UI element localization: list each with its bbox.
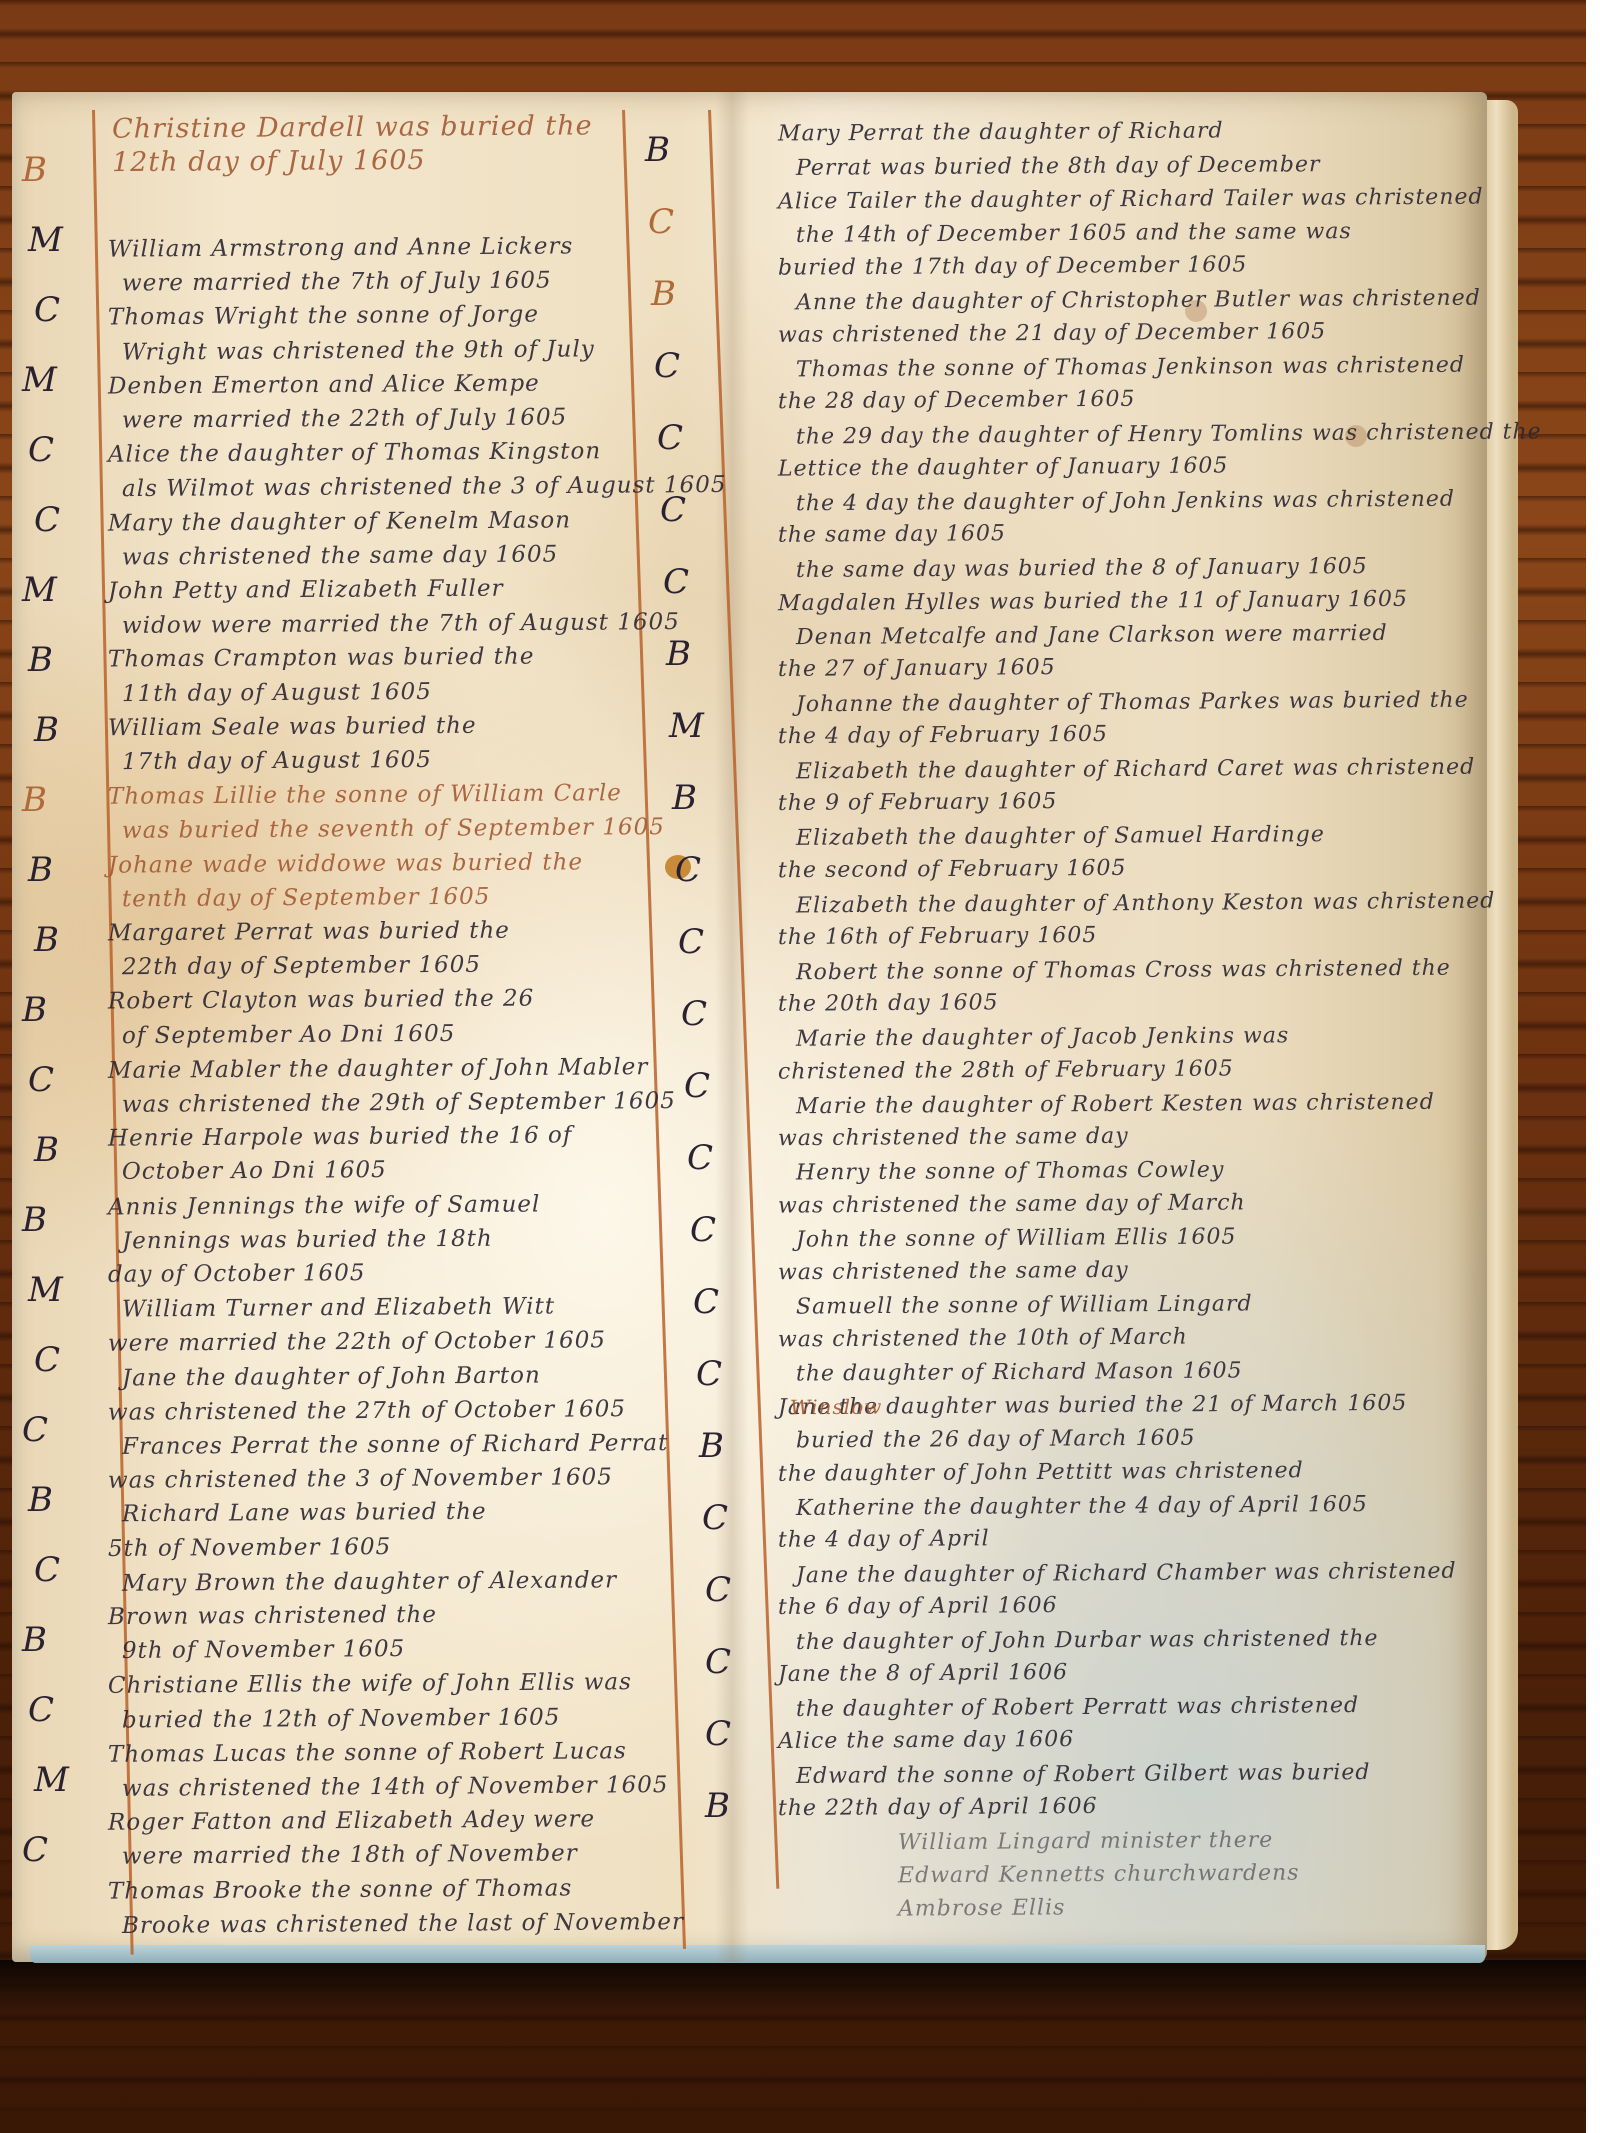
margin-letter: C <box>34 290 60 330</box>
margin-letter: C <box>22 1410 48 1450</box>
margin-letter: B <box>28 850 53 890</box>
margin-letter: B <box>699 1426 724 1466</box>
register-entry-line: Elizabeth the daughter of Anthony Keston… <box>796 888 1496 918</box>
register-entry-line: Magdalen Hylles was buried the 11 of Jan… <box>778 587 1408 616</box>
register-entry-line: were married the 18th of November <box>122 1841 578 1870</box>
margin-letter: B <box>22 990 47 1030</box>
register-entry-line: was christened the same day of March <box>778 1190 1246 1218</box>
register-entry-line: Henrie Harpole was buried the 16 of <box>108 1123 573 1152</box>
register-entry-line: christened the 28th of February 1605 <box>778 1056 1234 1084</box>
register-entry-line: the same day 1605 <box>778 521 1006 548</box>
register-entry-line: Jane the daughter of Richard Chamber was… <box>796 1558 1457 1588</box>
register-entry-line: were married the 7th of July 1605 <box>122 268 552 297</box>
register-entry-line: Denben Emerton and Alice Kempe <box>108 370 540 399</box>
register-entry-line: buried the 12th of November 1605 <box>122 1704 561 1733</box>
register-entry-line: the same day was buried the 8 of January… <box>796 554 1368 583</box>
register-entry-line: Thomas Lucas the sonne of Robert Lucas <box>108 1738 627 1768</box>
margin-letter: C <box>648 202 674 242</box>
register-entry-line: was christened the same day <box>778 1124 1129 1151</box>
register-entry-line: Johanne the daughter of Thomas Parkes wa… <box>796 687 1469 717</box>
register-entry-line: the 27 of January 1605 <box>778 655 1056 682</box>
margin-letter: C <box>678 922 704 962</box>
margin-letter: C <box>681 994 707 1034</box>
register-entry-line: Edward Kennetts churchwardens <box>898 1861 1300 1889</box>
margin-letter: C <box>675 850 701 890</box>
left-heading-line-1: Christine Dardell was buried the <box>112 110 593 144</box>
register-entry-line: 22th day of September 1605 <box>122 952 481 981</box>
register-entry-line: Henry the sonne of Thomas Cowley <box>796 1157 1225 1185</box>
register-entry-line: Elizabeth the daughter of Samuel Harding… <box>796 822 1325 851</box>
margin-letter: C <box>663 562 689 602</box>
register-entry-line: Annis Jennings the wife of Samuel <box>108 1191 541 1220</box>
register-entry-line: the 22th day of April 1606 <box>778 1794 1098 1821</box>
register-entry-line: was christened the 27th of October 1605 <box>108 1396 626 1426</box>
register-entry-line: the daughter of John Pettitt was christe… <box>778 1458 1304 1487</box>
image-edge-strip <box>1586 0 1600 2133</box>
register-entry-line: Thomas Lillie the sonne of William Carle <box>108 780 622 810</box>
register-entry-line: Alice Tailer the daughter of Richard Tai… <box>778 185 1484 215</box>
register-entry-line: of September Ao Dni 1605 <box>122 1020 455 1048</box>
register-entry-line: the 28 day of December 1605 <box>778 387 1136 414</box>
margin-letter: B <box>34 1130 59 1170</box>
page-bottom-edge <box>30 1945 1485 1963</box>
register-entry-line: Alice the daughter of Thomas Kingston <box>108 438 601 467</box>
register-entry-line: Mary the daughter of Kenelm Mason <box>108 507 571 536</box>
register-entry-line: Denan Metcalfe and Jane Clarkson were ma… <box>796 620 1388 649</box>
margin-letter: B <box>672 778 697 818</box>
margin-letter: M <box>34 1760 69 1800</box>
register-entry-line: als Wilmot was christened the 3 of Augus… <box>122 472 727 502</box>
margin-letter: C <box>705 1642 731 1682</box>
margin-letter: C <box>657 418 683 458</box>
register-entry-line: the 4 day of April <box>778 1526 990 1552</box>
margin-letter: M <box>22 570 57 610</box>
register-entry-line: Thomas Wright the sonne of Jorge <box>108 302 539 331</box>
register-entry-line: widow were married the 7th of August 160… <box>122 609 680 639</box>
margin-letter: C <box>705 1570 731 1610</box>
register-entry-line: Frances Perrat the sonne of Richard Perr… <box>122 1430 669 1460</box>
register-entry-line: was buried the seventh of September 1605 <box>122 814 665 844</box>
register-entry-line: tenth day of September 1605 <box>122 884 491 913</box>
margin-letter: B <box>34 920 59 960</box>
left-heading-line-2: 12th day of July 1605 <box>112 145 426 178</box>
register-entry-line: Richard Lane was buried the <box>122 1499 487 1528</box>
register-entry-line: was christened the 29th of September 160… <box>122 1088 676 1118</box>
margin-letter: C <box>34 1340 60 1380</box>
register-entry-line: 17th day of August 1605 <box>122 747 432 775</box>
margin-letter: B <box>22 780 47 820</box>
register-entry-line: the second of February 1605 <box>778 856 1127 883</box>
register-entry-line: were married the 22th of October 1605 <box>108 1328 606 1357</box>
register-entry-line: Thomas Crampton was buried the <box>108 644 535 673</box>
margin-letter: C <box>690 1210 716 1250</box>
register-entry-line: Brown was christened the <box>108 1602 437 1630</box>
register-entry-line: William Seale was buried the <box>108 713 477 742</box>
margin-letter: C <box>28 1060 54 1100</box>
margin-letter: B <box>22 150 47 190</box>
register-entry-line: 9th of November 1605 <box>122 1636 405 1664</box>
register-entry-line: Perrat was buried the 8th day of Decembe… <box>796 152 1321 181</box>
register-entry-line: the 9 of February 1605 <box>778 789 1057 816</box>
register-entry-line: Ambrose Ellis <box>898 1895 1066 1921</box>
margin-letter: C <box>684 1066 710 1106</box>
register-entry-line: Alice the same day 1606 <box>778 1727 1074 1754</box>
register-entry-line: the 4 day the daughter of John Jenkins w… <box>796 486 1455 516</box>
register-entry-line: was christened the 21 day of December 16… <box>778 319 1326 348</box>
table-shadow <box>0 1960 1586 2020</box>
register-entry-line: Jennings was buried the 18th <box>122 1226 493 1255</box>
register-entry-line: Lettice the daughter of January 1605 <box>778 453 1229 481</box>
register-entry-line: was christened the 14th of November 1605 <box>122 1772 669 1802</box>
register-entry-line: the 29 day the daughter of Henry Tomlins… <box>796 419 1542 449</box>
register-entry-line: Samuell the sonne of William Lingard <box>796 1291 1253 1319</box>
margin-letter: B <box>645 130 670 170</box>
register-entry-line: the 16th of February 1605 <box>778 923 1097 950</box>
register-entry-line: was christened the same day 1605 <box>122 541 558 570</box>
margin-letter: C <box>693 1282 719 1322</box>
register-entry-line: William Turner and Elizabeth Witt <box>122 1294 555 1323</box>
register-entry-line: Wright was christened the 9th of July <box>122 336 595 365</box>
margin-letter: B <box>22 1620 47 1660</box>
register-entry-line: Marie the daughter of Robert Kesten was … <box>796 1089 1435 1118</box>
register-entry-line: October Ao Dni 1605 <box>122 1157 387 1185</box>
margin-letter: C <box>22 1830 48 1870</box>
margin-letter: B <box>34 710 59 750</box>
margin-letter: B <box>666 634 691 674</box>
register-entry-line: 5th of November 1605 <box>108 1534 391 1562</box>
register-entry-line: Elizabeth the daughter of Richard Caret … <box>796 754 1475 784</box>
margin-letter: C <box>34 1550 60 1590</box>
register-entry-line: the daughter of Richard Mason 1605 <box>796 1358 1243 1386</box>
register-entry-line: Thomas Brooke the sonne of Thomas <box>108 1875 572 1904</box>
margin-letter: B <box>22 1200 47 1240</box>
register-entry-line: Marie Mabler the daughter of John Mabler <box>108 1054 649 1084</box>
margin-letter: C <box>696 1354 722 1394</box>
margin-letter: C <box>654 346 680 386</box>
margin-letter: M <box>22 360 57 400</box>
register-entry-line: Brooke was christened the last of Novemb… <box>122 1909 684 1939</box>
register-entry-line: Mary Perrat the daughter of Richard <box>778 118 1224 146</box>
register-entry-line: buried the 26 day of March 1605 <box>796 1425 1196 1453</box>
register-entry-line: the 20th day 1605 <box>778 990 999 1017</box>
register-entry-line: Robert the sonne of Thomas Cross was chr… <box>796 955 1451 985</box>
marginal-note: Winslow <box>790 1395 882 1420</box>
register-entry-line: was christened the 3 of November 1605 <box>108 1464 613 1494</box>
register-entry-line: was christened the same day <box>778 1258 1129 1285</box>
register-entry-line: the 6 day of April 1606 <box>778 1593 1058 1620</box>
register-entry-line: the 14th of December 1605 and the same w… <box>796 219 1352 248</box>
register-entry-line: Anne the daughter of Christopher Butler … <box>796 285 1481 315</box>
register-entry-line: Thomas the sonne of Thomas Jenkinson was… <box>796 352 1465 382</box>
margin-letter: C <box>702 1498 728 1538</box>
register-entry-line: Katherine the daughter the 4 day of Apri… <box>796 1492 1368 1521</box>
register-entry-line: Johane wade widdowe was buried the <box>108 849 583 878</box>
register-entry-line: Margaret Perrat was buried the <box>108 918 510 947</box>
register-entry-line: day of October 1605 <box>108 1260 366 1288</box>
register-entry-line: Roger Fatton and Elizabeth Adey were <box>108 1806 595 1835</box>
register-entry-line: William Armstrong and Anne Lickers <box>108 233 573 262</box>
register-entry-line: Robert Clayton was buried the 26 <box>108 986 534 1015</box>
register-entry-line: the daughter of John Durbar was christen… <box>796 1625 1379 1654</box>
register-entry-line: 11th day of August 1605 <box>122 679 432 707</box>
register-entry-line: the 4 day of February 1605 <box>778 722 1108 749</box>
margin-letter: C <box>34 500 60 540</box>
register-entry-line: buried the 17th day of December 1605 <box>778 252 1248 280</box>
register-entry-line: John Petty and Elizabeth Fuller <box>108 576 504 605</box>
margin-letter: B <box>705 1786 730 1826</box>
margin-letter: M <box>669 706 704 746</box>
margin-letter: C <box>28 430 54 470</box>
register-entry-line: John the sonne of William Ellis 1605 <box>796 1224 1237 1252</box>
margin-letter: C <box>687 1138 713 1178</box>
margin-letter: M <box>28 1270 63 1310</box>
margin-letter: M <box>28 220 63 260</box>
margin-letter: C <box>705 1714 731 1754</box>
register-entry-line: Edward the sonne of Robert Gilbert was b… <box>796 1759 1371 1788</box>
register-entry-line: William Lingard minister there <box>898 1827 1273 1855</box>
register-entry-line: Christiane Ellis the wife of John Ellis … <box>108 1670 632 1700</box>
register-entry-line: the daughter of Robert Perratt was chris… <box>796 1693 1359 1722</box>
register-entry-line: was christened the 10th of March <box>778 1325 1188 1353</box>
register-entry-line: Jane the daughter of John Barton <box>122 1362 541 1391</box>
register-entry-line: Marie the daughter of Jacob Jenkins was <box>796 1023 1289 1051</box>
register-entry-line: Jane the 8 of April 1606 <box>778 1660 1068 1687</box>
register-entry-line: were married the 22th of July 1605 <box>122 404 567 433</box>
margin-letter: B <box>28 1480 53 1520</box>
register-entry-line: Mary Brown the daughter of Alexander <box>122 1567 617 1596</box>
margin-letter: B <box>651 274 676 314</box>
margin-letter: B <box>28 640 53 680</box>
margin-letter: C <box>28 1690 54 1730</box>
